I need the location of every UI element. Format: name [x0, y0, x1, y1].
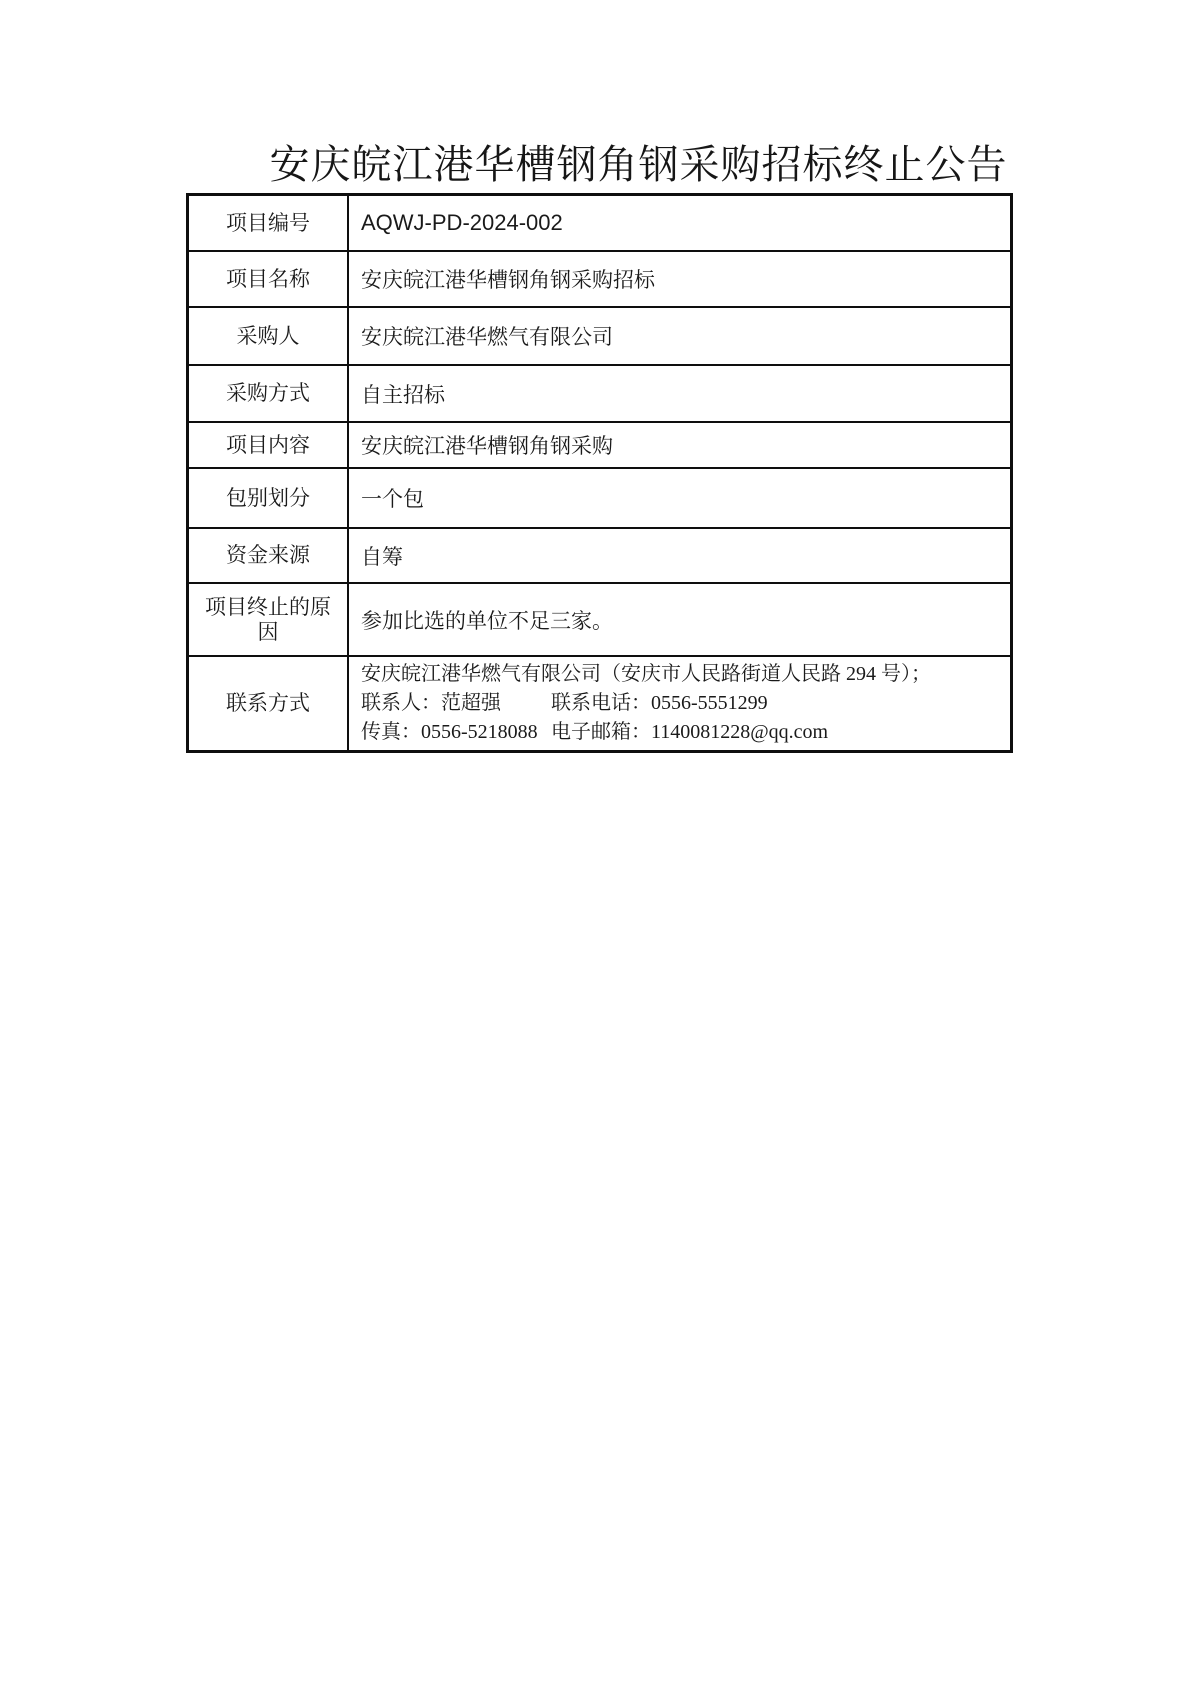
contact-fax: 传真：0556-5218088 [361, 718, 551, 747]
row-label: 采购人 [189, 308, 349, 364]
row-label: 包别划分 [189, 469, 349, 527]
row-label: 联系方式 [189, 657, 349, 750]
funding-source: 自筹 [361, 541, 1004, 571]
contact-info-cell: 安庆皖江港华燃气有限公司（安庆市人民路街道人民路 294 号）； 联系人：范超强… [349, 657, 1010, 750]
project-number: AQWJ-PD-2024-002 [361, 210, 1004, 236]
row-value: AQWJ-PD-2024-002 [349, 196, 1010, 250]
row-label: 项目终止的原因 [189, 584, 349, 655]
table-row: 项目终止的原因 参加比选的单位不足三家。 [189, 582, 1010, 655]
row-value: 自筹 [349, 529, 1010, 582]
row-value: 安庆皖江港华燃气有限公司 [349, 308, 1010, 364]
contact-person: 联系人：范超强 [361, 689, 551, 718]
contact-phone: 联系电话：0556-5551299 [551, 689, 768, 718]
project-content: 安庆皖江港华槽钢角钢采购 [361, 430, 1004, 460]
row-label: 项目名称 [189, 252, 349, 306]
table-row: 项目编号 AQWJ-PD-2024-002 [189, 196, 1010, 250]
termination-reason: 参加比选的单位不足三家。 [361, 605, 1004, 635]
row-value: 一个包 [349, 469, 1010, 527]
package-division: 一个包 [361, 483, 1004, 513]
table-row: 采购人 安庆皖江港华燃气有限公司 [189, 306, 1010, 364]
announcement-table: 项目编号 AQWJ-PD-2024-002 项目名称 安庆皖江港华槽钢角钢采购招… [186, 193, 1013, 753]
row-value: 参加比选的单位不足三家。 [349, 584, 1010, 655]
row-label: 资金来源 [189, 529, 349, 582]
procurement-method: 自主招标 [361, 379, 1004, 409]
table-row: 包别划分 一个包 [189, 467, 1010, 527]
page-title: 安庆皖江港华槽钢角钢采购招标终止公告 [225, 133, 1052, 190]
contact-address: 安庆皖江港华燃气有限公司（安庆市人民路街道人民路 294 号）； [361, 660, 1004, 689]
contact-person-phone: 联系人：范超强 联系电话：0556-5551299 [361, 689, 1004, 718]
row-label: 采购方式 [189, 366, 349, 421]
row-value: 安庆皖江港华槽钢角钢采购招标 [349, 252, 1010, 306]
project-name: 安庆皖江港华槽钢角钢采购招标 [361, 264, 1004, 294]
table-row: 资金来源 自筹 [189, 527, 1010, 582]
row-value: 安庆皖江港华槽钢角钢采购 [349, 423, 1010, 467]
contact-email: 电子邮箱：1140081228@qq.com [551, 718, 828, 747]
table-row: 联系方式 安庆皖江港华燃气有限公司（安庆市人民路街道人民路 294 号）； 联系… [189, 655, 1010, 750]
row-value: 自主招标 [349, 366, 1010, 421]
table-row: 采购方式 自主招标 [189, 364, 1010, 421]
row-label: 项目内容 [189, 423, 349, 467]
table-row: 项目内容 安庆皖江港华槽钢角钢采购 [189, 421, 1010, 467]
table-row: 项目名称 安庆皖江港华槽钢角钢采购招标 [189, 250, 1010, 306]
row-label: 项目编号 [189, 196, 349, 250]
purchaser: 安庆皖江港华燃气有限公司 [361, 321, 1004, 351]
contact-fax-email: 传真：0556-5218088 电子邮箱：1140081228@qq.com [361, 718, 1004, 747]
